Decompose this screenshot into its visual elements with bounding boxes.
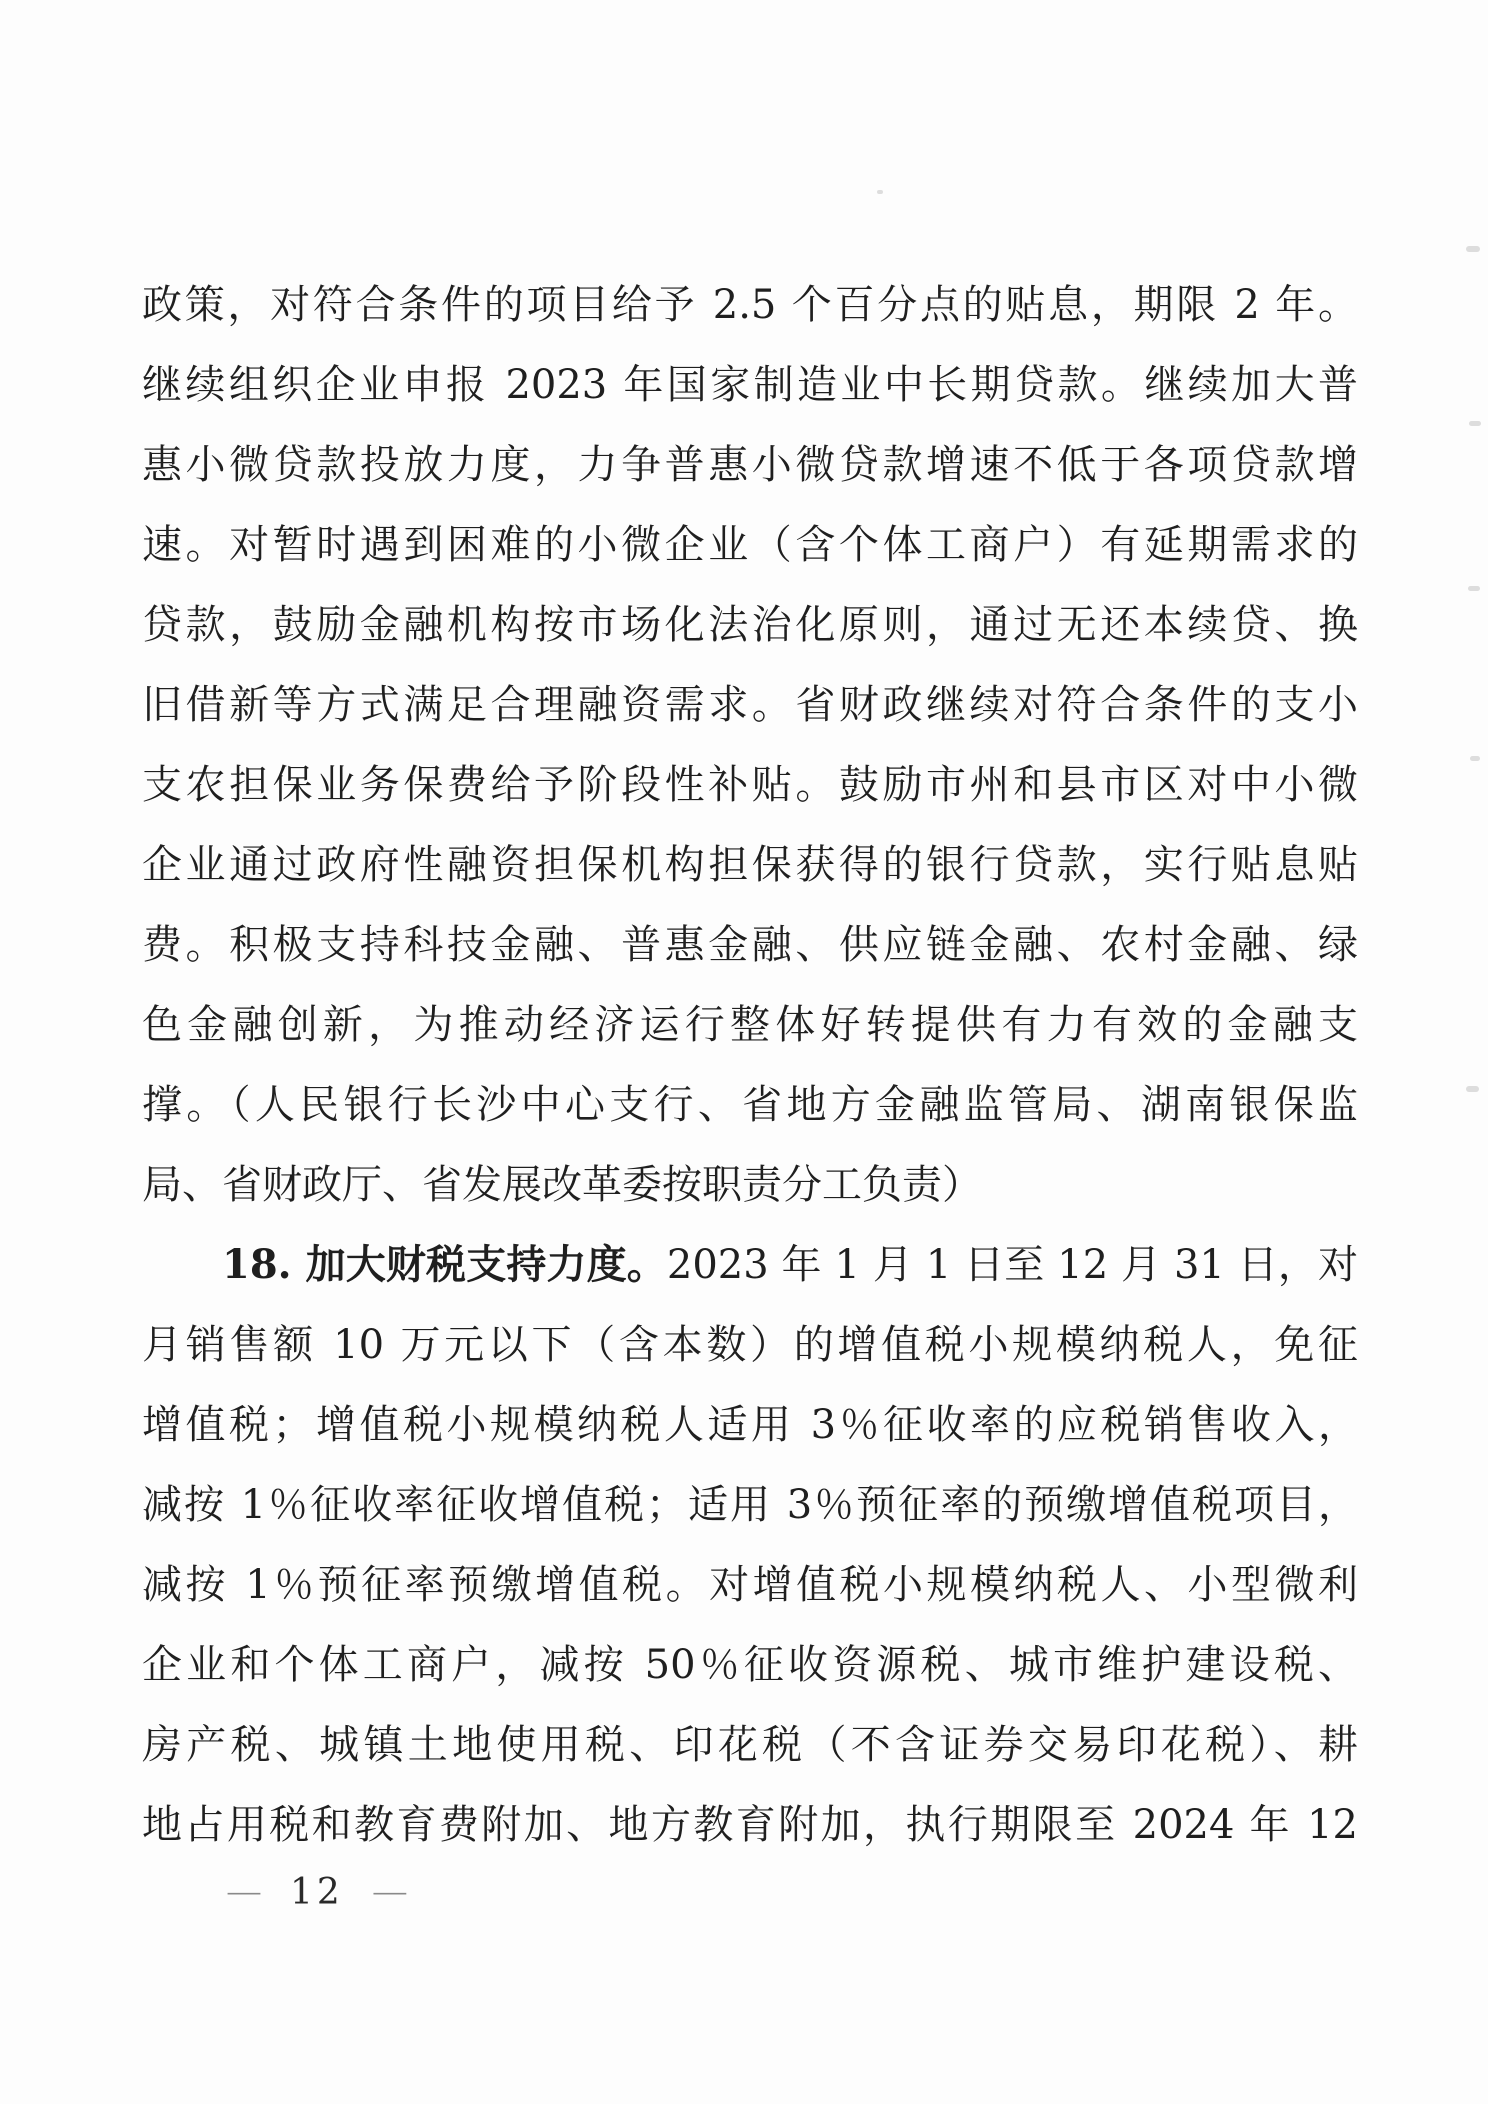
text-line: 减按 1％预征率预缴增值税。对增值税小规模纳税人、小型微利 xyxy=(142,1545,1358,1625)
text-block: 政策，对符合条件的项目给予 2.5 个百分点的贴息，期限 2 年。 继续组织企业… xyxy=(142,265,1358,1865)
text-line: 费。积极支持科技金融、普惠金融、供应链金融、农村金融、绿 xyxy=(142,905,1358,985)
item-18-text: 2023 年 1 月 1 日至 12 月 31 日，对 xyxy=(667,1242,1358,1288)
page-number: 12 xyxy=(290,1872,344,1913)
text-line-item-18: 18. 加大财税支持力度。2023 年 1 月 1 日至 12 月 31 日，对 xyxy=(142,1225,1358,1305)
text-line: 企业通过政府性融资担保机构担保获得的银行贷款，实行贴息贴 xyxy=(142,825,1358,905)
footer-dash-left: — xyxy=(226,1878,262,1907)
text-line: 惠小微贷款投放力度，力争普惠小微贷款增速不低于各项贷款增 xyxy=(142,425,1358,505)
item-18-heading: 18. 加大财税支持力度。 xyxy=(222,1241,667,1288)
footer-dash-right: — xyxy=(372,1878,408,1907)
scan-artifact xyxy=(877,190,883,194)
scan-artifact xyxy=(1468,586,1480,591)
text-line: 旧借新等方式满足合理融资需求。省财政继续对符合条件的支小 xyxy=(142,665,1358,745)
text-line: 企业和个体工商户，减按 50％征收资源税、城市维护建设税、 xyxy=(142,1625,1358,1705)
text-line: 色金融创新，为推动经济运行整体好转提供有力有效的金融支 xyxy=(142,985,1358,1065)
page-footer: — 12 — xyxy=(226,1872,408,1913)
text-line: 地占用税和教育费附加、地方教育附加，执行期限至 2024 年 12 xyxy=(142,1785,1358,1865)
text-line: 撑。（人民银行长沙中心支行、省地方金融监管局、湖南银保监 xyxy=(142,1065,1358,1145)
scan-artifact xyxy=(1466,1086,1479,1092)
document-page: 政策，对符合条件的项目给予 2.5 个百分点的贴息，期限 2 年。 继续组织企业… xyxy=(0,0,1488,2104)
text-line: 继续组织企业申报 2023 年国家制造业中长期贷款。继续加大普 xyxy=(142,345,1358,425)
text-line: 局、省财政厅、省发展改革委按职责分工负责） xyxy=(142,1145,1358,1225)
text-line: 贷款，鼓励金融机构按市场化法治化原则，通过无还本续贷、换 xyxy=(142,585,1358,665)
text-line: 速。对暂时遇到困难的小微企业（含个体工商户）有延期需求的 xyxy=(142,505,1358,585)
text-line: 房产税、城镇土地使用税、印花税（不含证券交易印花税）、耕 xyxy=(142,1705,1358,1785)
text-line: 月销售额 10 万元以下（含本数）的增值税小规模纳税人，免征 xyxy=(142,1305,1358,1385)
text-line: 减按 1％征收率征收增值税；适用 3％预征率的预缴增值税项目， xyxy=(142,1465,1358,1545)
scan-artifact xyxy=(1466,246,1480,252)
scan-artifact xyxy=(1469,421,1481,426)
text-line: 增值税；增值税小规模纳税人适用 3％征收率的应税销售收入， xyxy=(142,1385,1358,1465)
scan-artifact xyxy=(1470,756,1480,761)
text-line: 支农担保业务保费给予阶段性补贴。鼓励市州和县市区对中小微 xyxy=(142,745,1358,825)
text-line: 政策，对符合条件的项目给予 2.5 个百分点的贴息，期限 2 年。 xyxy=(142,265,1358,345)
